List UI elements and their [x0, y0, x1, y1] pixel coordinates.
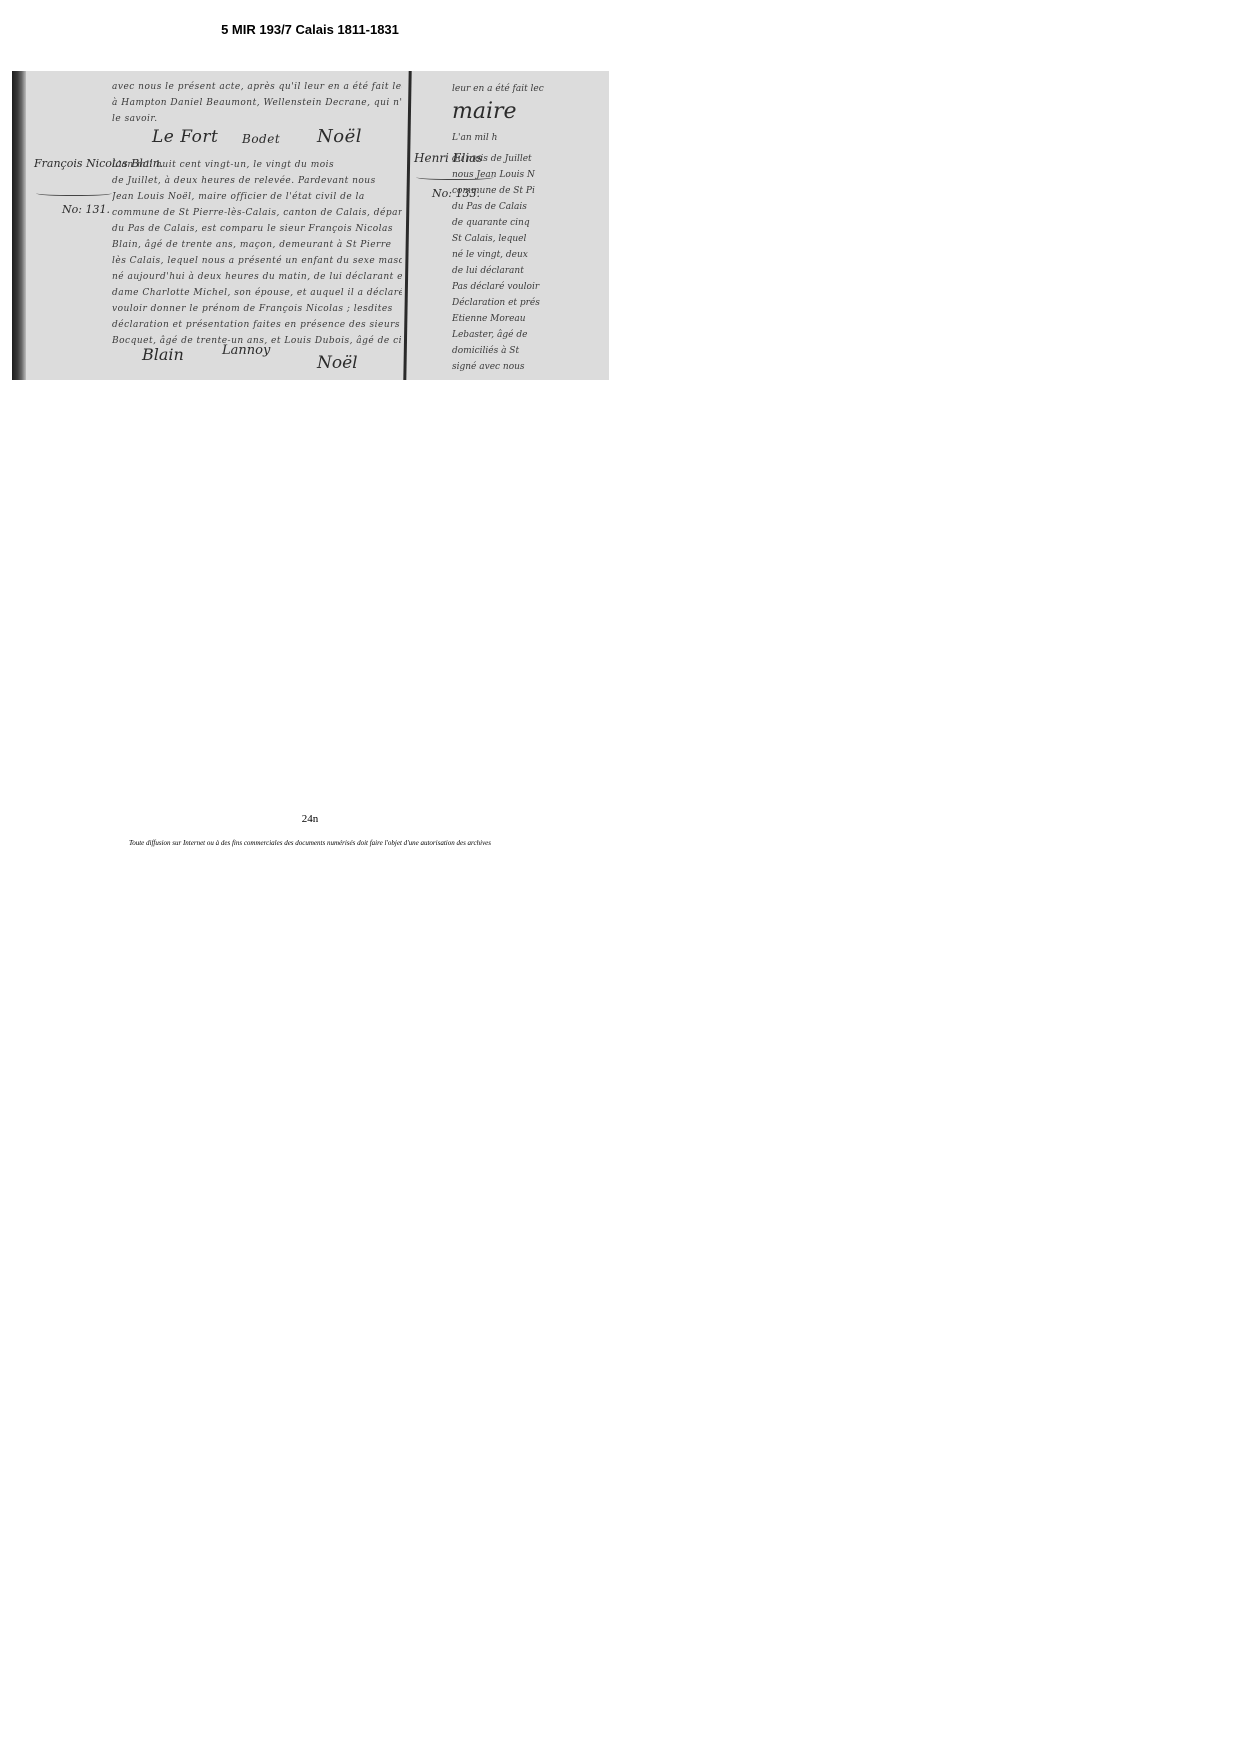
text-line: nous Jean Louis N — [452, 167, 609, 183]
page-number: 24n — [0, 813, 620, 825]
margin-flourish — [36, 189, 112, 196]
signature-row-bottom: Blain Lannoy Noël — [112, 343, 402, 379]
text-line: le savoir. — [112, 111, 402, 127]
text-line: du Pas de Calais, est comparu le sieur F… — [112, 221, 402, 237]
signature: Noël — [317, 129, 362, 145]
text-line: Blain, âgé de trente ans, maçon, demeura… — [112, 237, 402, 253]
text-line: commune de St Pi — [452, 183, 609, 199]
text-line: Déclaration et prés — [452, 295, 609, 311]
text-line: L'an mil h — [452, 125, 609, 151]
signature: Bodet — [242, 131, 280, 147]
text-line: Etienne Moreau — [452, 311, 609, 327]
text-line: signé avec nous — [452, 359, 609, 375]
text-line: né aujourd'hui à deux heures du matin, d… — [112, 269, 402, 285]
text-line: à Hampton Daniel Beaumont, Wellenstein D… — [112, 95, 402, 111]
signature-row-top: Le Fort Bodet Noël — [112, 127, 402, 157]
text-line: dame Charlotte Michel, son épouse, et au… — [112, 285, 402, 301]
text-line: né le vingt, deux — [452, 247, 609, 263]
signature: Blain — [142, 345, 184, 364]
text-line: commune de St Pierre-lès-Calais, canton … — [112, 205, 402, 221]
entry-text-right: leur en a été fait lec maire L'an mil h … — [452, 81, 609, 375]
heading-line: maire — [452, 97, 609, 125]
scanned-register-page: François Nicolas Blain. No: 131. avec no… — [12, 71, 609, 380]
text-line: de Juillet, à deux heures de relevée. Pa… — [112, 173, 402, 189]
text-line: déclaration et présentation faites en pr… — [112, 317, 402, 333]
text-line: du mois de Juillet — [452, 151, 609, 167]
copyright-notice: Toute diffusion sur Internet ou à des fi… — [0, 839, 620, 847]
signature: Le Fort — [152, 129, 218, 145]
text-line: Pas déclaré vouloir — [452, 279, 609, 295]
text-line: de quarante cinq — [452, 215, 609, 231]
column-divider — [403, 71, 411, 380]
text-line: domiciliés à St — [452, 343, 609, 359]
text-line: de lui déclarant — [452, 263, 609, 279]
document-title: 5 MIR 193/7 Calais 1811-1831 — [0, 22, 620, 37]
signature: Lannoy — [222, 343, 270, 358]
text-line: leur en a été fait lec — [452, 81, 609, 97]
page-binding — [12, 71, 26, 380]
text-line: vouloir donner le prénom de François Nic… — [112, 301, 402, 317]
text-line: Jean Louis Noël, maire officier de l'éta… — [112, 189, 402, 205]
text-line: avec nous le présent acte, après qu'il l… — [112, 79, 402, 95]
signature: Noël — [317, 353, 358, 373]
heading-text: maire — [452, 99, 517, 124]
entry-text-left: avec nous le présent acte, après qu'il l… — [112, 79, 402, 349]
text-line: L'an mil huit cent vingt-un, le vingt du… — [112, 157, 402, 173]
text-line: lès Calais, lequel nous a présenté un en… — [112, 253, 402, 269]
text-line: Lebaster, âgé de — [452, 327, 609, 343]
text-line: du Pas de Calais — [452, 199, 609, 215]
margin-number-131: No: 131. — [62, 203, 110, 216]
text-line: St Calais, lequel — [452, 231, 609, 247]
